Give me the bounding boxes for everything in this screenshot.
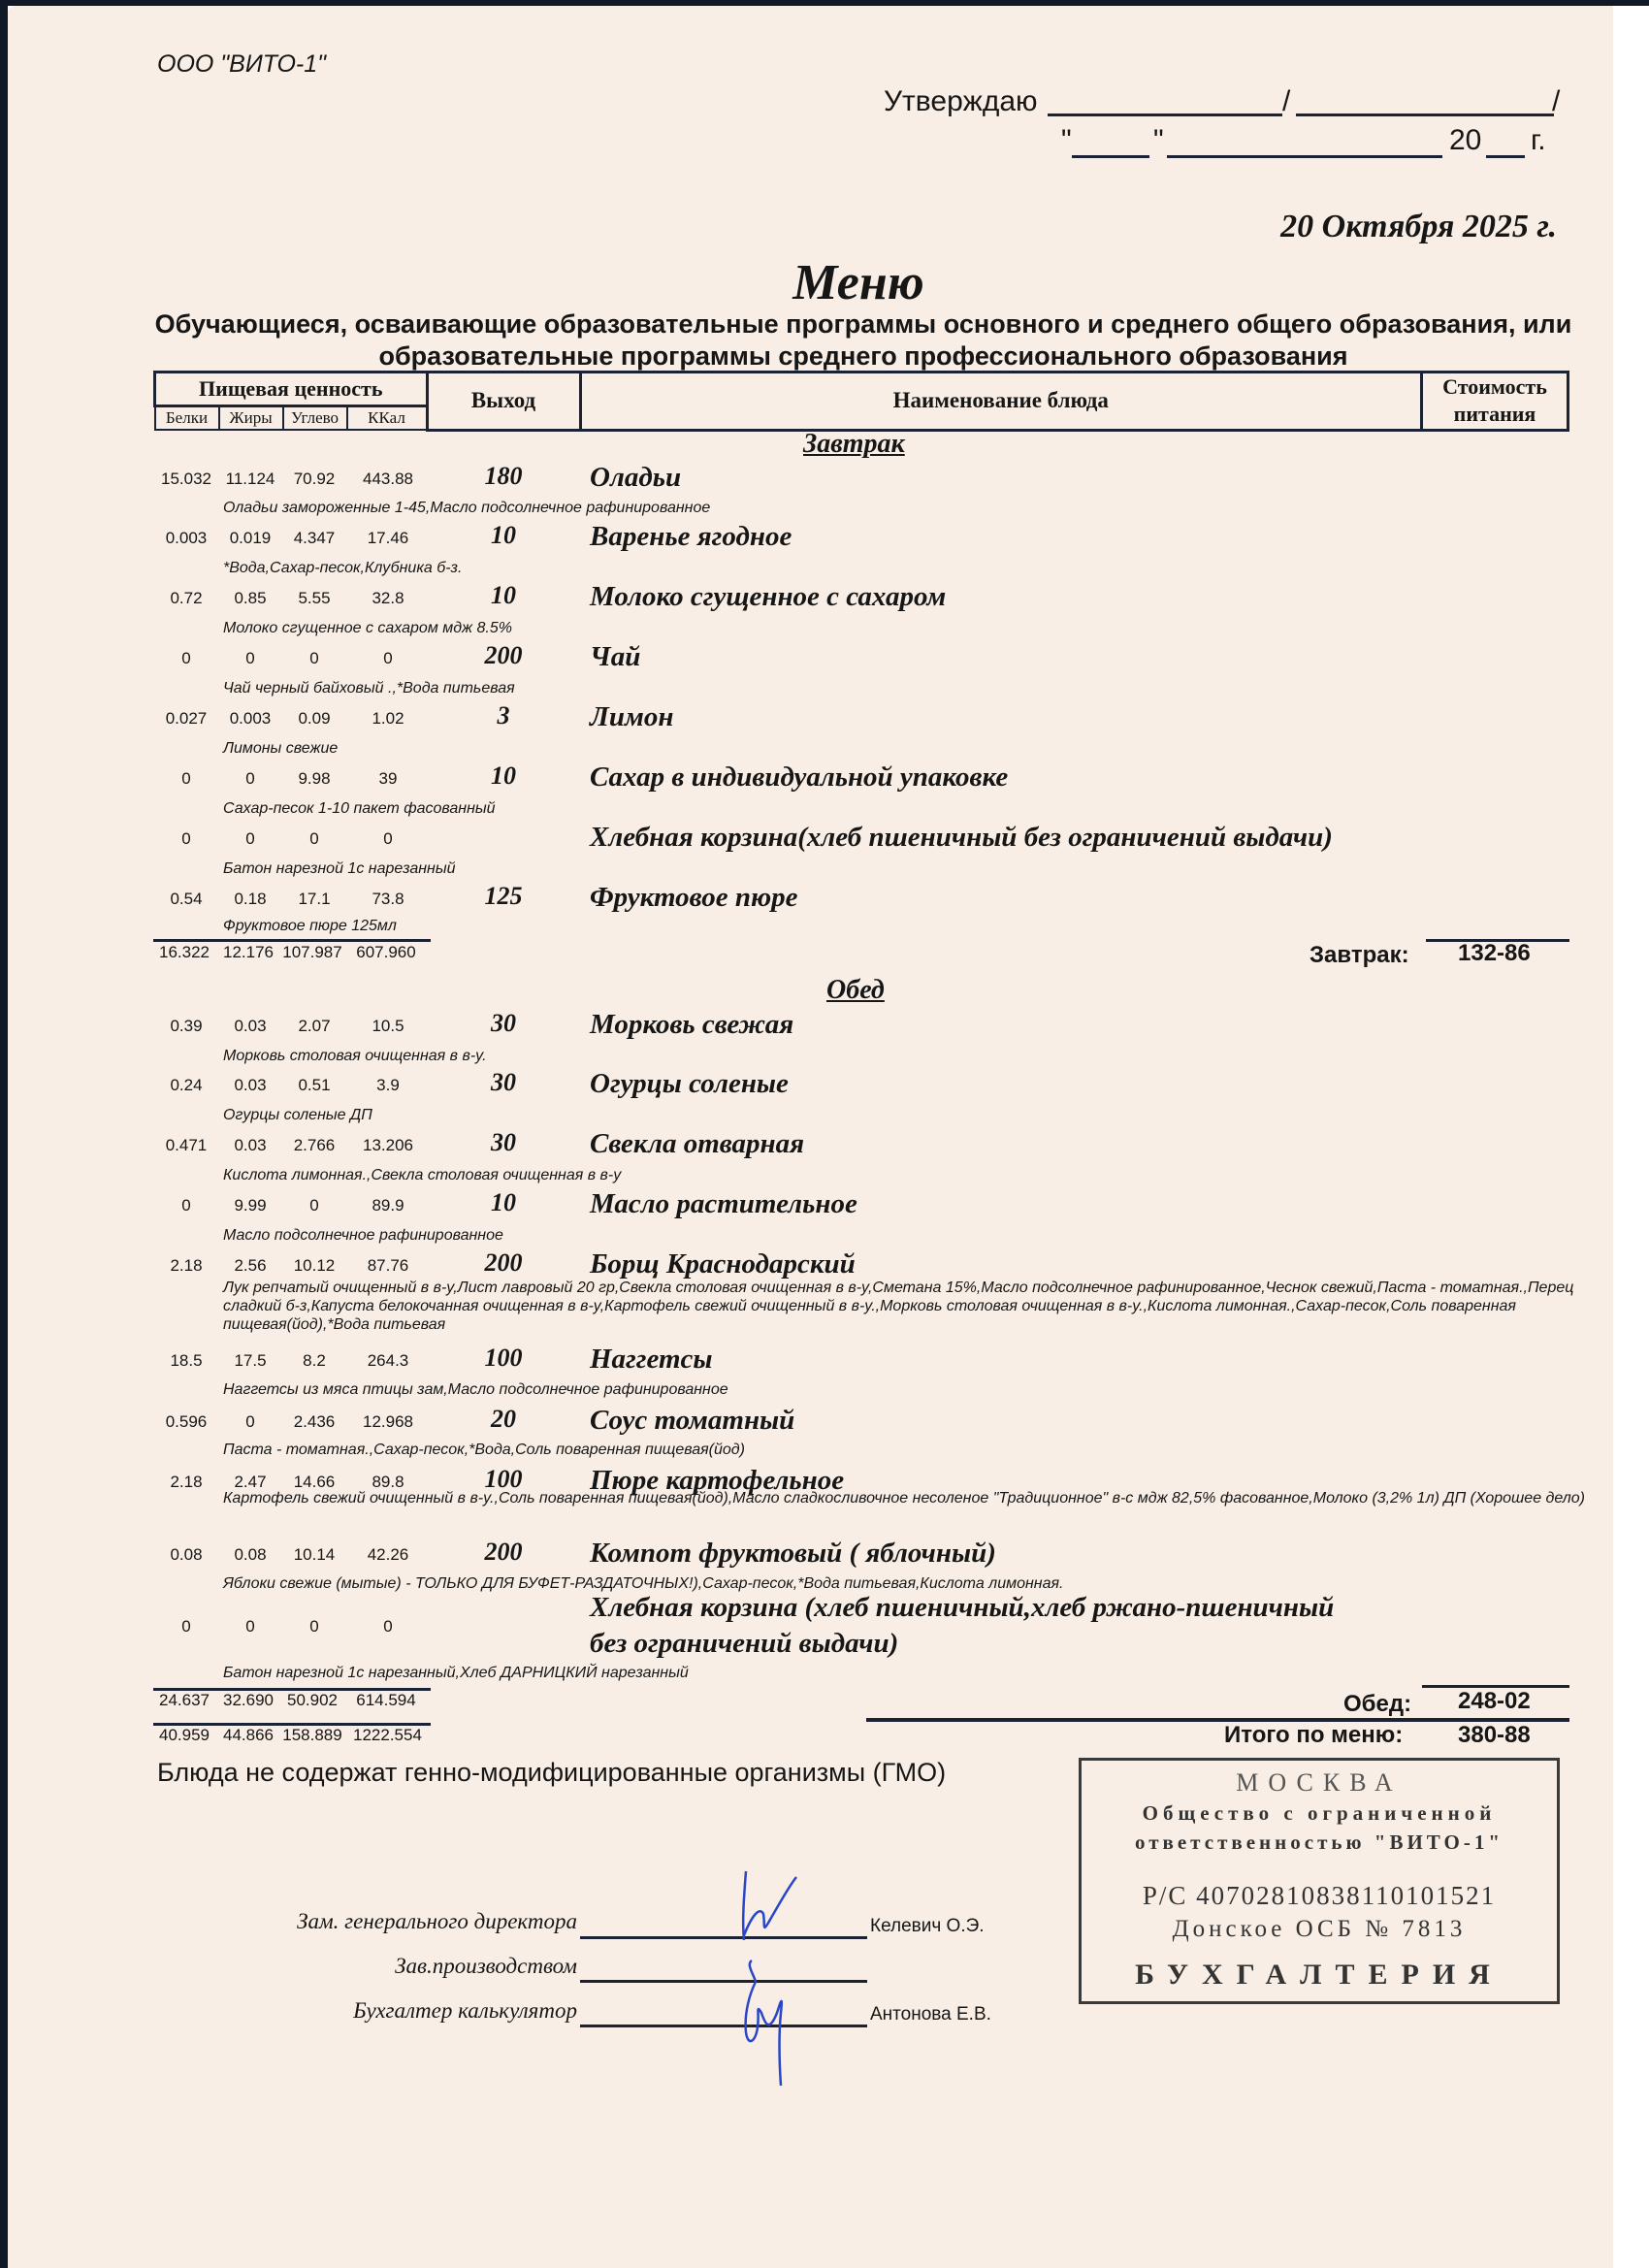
- stamp-bank: Донское ОСБ № 7813: [1082, 1916, 1557, 1943]
- dish-name: Свекла отварная: [590, 1128, 804, 1160]
- fat-value: 9.99: [217, 1196, 283, 1215]
- yield-value: 3: [460, 701, 547, 730]
- dish-name: Наггетсы: [590, 1344, 713, 1376]
- kcal-value: 0: [355, 1617, 421, 1636]
- carbs-value: 70.92: [281, 470, 347, 489]
- dish-name-header: Наименование блюда: [580, 373, 1422, 431]
- ingredients-text: Лук репчатый очищенный в в-у,Лист лавров…: [223, 1279, 1600, 1334]
- ingredients-text: Батон нарезной 1с нарезанный: [223, 860, 456, 878]
- dish-name: Сахар в индивидуальной упаковке: [590, 761, 1008, 794]
- dish-name: Варенье ягодное: [590, 521, 792, 553]
- dish-name: Соус томатный: [590, 1405, 794, 1437]
- total-fat: 32.690: [215, 1691, 281, 1710]
- carbs-value: 2.436: [281, 1412, 347, 1432]
- stamp-org-line2: ответственностью "ВИТО-1": [1082, 1831, 1557, 1855]
- menu-table-header: Пищевая ценность Выход Наименование блюд…: [153, 371, 1569, 432]
- approve-name-line: [1296, 113, 1554, 116]
- yield-value: 10: [460, 761, 547, 791]
- kcal-value: 73.8: [355, 890, 421, 909]
- signature-name-deputy-director: Келевич О.Э.: [870, 1916, 985, 1937]
- kcal-value: 42.26: [355, 1545, 421, 1565]
- signature-line: [580, 1980, 867, 1983]
- protein-value: 15.032: [153, 470, 219, 489]
- stamp-department: БУХГАЛТЕРИЯ: [1082, 1959, 1557, 1992]
- dish-name: Масло растительное: [590, 1188, 857, 1220]
- protein-value: 0: [153, 829, 219, 849]
- grand-total-value: 380-88: [1458, 1722, 1531, 1749]
- approve-label: Утверждаю: [884, 85, 1038, 118]
- section-lunch-title: Обед: [826, 975, 885, 1006]
- ingredients-text: Картофель свежий очищенный в в-у.,Соль п…: [223, 1489, 1600, 1507]
- dish-name: без ограничений выдачи): [590, 1628, 898, 1660]
- carbs-value: 2.07: [281, 1017, 347, 1036]
- carbs-value: 10.12: [281, 1256, 347, 1276]
- protein-value: 0.72: [153, 589, 219, 608]
- page-title: Меню: [0, 254, 1649, 311]
- total-protein: 40.959: [151, 1726, 217, 1745]
- approve-slash: /: [1282, 85, 1290, 118]
- yield-value: 20: [460, 1405, 547, 1434]
- yield-value: 10: [460, 521, 547, 550]
- kcal-value: 0: [355, 649, 421, 668]
- total-carbs: 50.902: [279, 1691, 345, 1710]
- ingredients-text: Паста - томатная.,Сахар-песок,*Вода,Соль…: [223, 1442, 745, 1459]
- handwritten-signature-icon: [732, 1867, 810, 1945]
- carbs-value: 0: [281, 649, 347, 668]
- carbs-value: 8.2: [281, 1351, 347, 1371]
- ingredients-text: Огурцы соленые ДП: [223, 1107, 372, 1124]
- dish-name: Лимон: [590, 701, 674, 733]
- yield-value: 125: [460, 882, 547, 911]
- carbs-value: 0.09: [281, 709, 347, 729]
- yield-value: 200: [460, 1248, 547, 1278]
- date-month-line: [1167, 155, 1442, 158]
- kcal-value: 0: [355, 829, 421, 849]
- dish-name: Молоко сгущенное с сахаром: [590, 581, 946, 613]
- breakfast-totals-line: [153, 939, 431, 942]
- scan-border-left: [0, 0, 8, 2268]
- yield-value: 180: [460, 462, 547, 491]
- fat-value: 0.85: [217, 589, 283, 608]
- protein-header: Белки: [155, 406, 219, 431]
- section-breakfast-title: Завтрак: [803, 429, 905, 460]
- total-carbs: 158.889: [279, 1726, 345, 1745]
- kcal-value: 10.5: [355, 1017, 421, 1036]
- carbs-value: 0: [281, 1196, 347, 1215]
- protein-value: 0.39: [153, 1017, 219, 1036]
- protein-value: 0.596: [153, 1412, 219, 1432]
- signature-role-production-manager: Зав.производством: [170, 1954, 577, 1979]
- kcal-value: 443.88: [355, 470, 421, 489]
- cost-header: Стоимость питания: [1422, 373, 1568, 431]
- protein-value: 2.18: [153, 1256, 219, 1276]
- protein-value: 0.24: [153, 1076, 219, 1095]
- fat-value: 17.5: [217, 1351, 283, 1371]
- yield-value: 200: [460, 1538, 547, 1567]
- lunch-cost-value: 248-02: [1458, 1688, 1531, 1715]
- date-year-prefix: 20: [1449, 124, 1481, 157]
- carbs-header: Углево: [283, 406, 347, 431]
- organization-name: ООО "ВИТО-1": [157, 50, 326, 79]
- fat-header: Жиры: [219, 406, 283, 431]
- fat-value: 11.124: [217, 470, 283, 489]
- signature-role-accountant: Бухгалтер калькулятор: [170, 1998, 577, 2024]
- kcal-header: ККал: [347, 406, 428, 431]
- carbs-value: 17.1: [281, 890, 347, 909]
- kcal-value: 32.8: [355, 589, 421, 608]
- breakfast-cost-value: 132-86: [1458, 940, 1531, 967]
- protein-value: 2.18: [153, 1473, 219, 1492]
- ingredients-text: Кислота лимонная.,Свекла столовая очищен…: [223, 1167, 621, 1184]
- total-fat: 12.176: [215, 943, 281, 962]
- ingredients-text: Сахар-песок 1-10 пакет фасованный: [223, 800, 496, 818]
- protein-value: 0.471: [153, 1136, 219, 1155]
- kcal-value: 87.76: [355, 1256, 421, 1276]
- approve-slash: /: [1552, 85, 1560, 118]
- yield-value: 100: [460, 1344, 547, 1373]
- accounting-stamp: МОСКВА Общество с ограниченной ответстве…: [1079, 1758, 1560, 2004]
- protein-value: 0.003: [153, 529, 219, 548]
- protein-value: 18.5: [153, 1351, 219, 1371]
- yield-value: 200: [460, 641, 547, 670]
- fat-value: 0: [217, 1412, 283, 1432]
- signature-name-accountant: Антонова Е.В.: [870, 2004, 991, 2025]
- stamp-divider: [1082, 1869, 1557, 1872]
- yield-value: 30: [460, 1128, 547, 1157]
- protein-value: 0: [153, 769, 219, 789]
- carbs-value: 0.51: [281, 1076, 347, 1095]
- gmo-note: Блюда не содержат генно-модифицированные…: [157, 1758, 946, 1788]
- dish-name: Хлебная корзина(хлеб пшеничный без огран…: [590, 822, 1333, 854]
- yield-value: 30: [460, 1068, 547, 1097]
- kcal-value: 264.3: [355, 1351, 421, 1371]
- dish-name: Борщ Краснодарский: [590, 1248, 856, 1280]
- protein-value: 0: [153, 1196, 219, 1215]
- total-protein: 24.637: [151, 1691, 217, 1710]
- date-year-line: [1486, 155, 1525, 158]
- fat-value: 0: [217, 829, 283, 849]
- stamp-account: Р/С 40702810838110101521: [1082, 1881, 1557, 1911]
- kcal-value: 89.9: [355, 1196, 421, 1215]
- yield-value: 30: [460, 1009, 547, 1038]
- kcal-value: 1.02: [355, 709, 421, 729]
- breakfast-cost-label: Завтрак:: [1309, 942, 1409, 969]
- ingredients-text: *Вода,Сахар-песок,Клубника б-з.: [223, 560, 462, 577]
- fat-value: 0: [217, 649, 283, 668]
- yield-value: 10: [460, 581, 547, 610]
- ingredients-text: Оладьи замороженные 1-45,Масло подсолнеч…: [223, 500, 710, 517]
- fat-value: 0.019: [217, 529, 283, 548]
- lunch-cost-label: Обед:: [1343, 1691, 1411, 1718]
- protein-value: 0.027: [153, 709, 219, 729]
- fat-value: 0: [217, 769, 283, 789]
- ingredients-text: Масло подсолнечное рафинированное: [223, 1227, 503, 1245]
- total-fat: 44.866: [215, 1726, 281, 1745]
- carbs-value: 0: [281, 1617, 347, 1636]
- kcal-value: 3.9: [355, 1076, 421, 1095]
- kcal-value: 39: [355, 769, 421, 789]
- date-quote: ": [1061, 124, 1072, 157]
- ingredients-text: Морковь столовая очищенная в в-у.: [223, 1048, 487, 1065]
- nutrition-header: Пищевая ценность: [155, 373, 428, 406]
- ingredients-text: Яблоки свежие (мытые) - ТОЛЬКО ДЛЯ БУФЕТ…: [223, 1575, 1063, 1593]
- protein-value: 0.54: [153, 890, 219, 909]
- ingredients-text: Чай черный байховый .,*Вода питьевая: [223, 680, 515, 697]
- protein-value: 0: [153, 649, 219, 668]
- fat-value: 0.03: [217, 1076, 283, 1095]
- signature-line: [580, 2025, 867, 2027]
- fat-value: 0: [217, 1617, 283, 1636]
- fat-value: 0.08: [217, 1545, 283, 1565]
- total-kcal: 1222.554: [353, 1726, 419, 1745]
- carbs-value: 0: [281, 829, 347, 849]
- kcal-value: 17.46: [355, 529, 421, 548]
- fat-value: 0.03: [217, 1017, 283, 1036]
- carbs-value: 4.347: [281, 529, 347, 548]
- signature-role-deputy-director: Зам. генерального директора: [170, 1909, 577, 1934]
- handwritten-signature-icon: [732, 1955, 810, 2090]
- protein-value: 0: [153, 1617, 219, 1636]
- stamp-org-line1: Общество с ограниченной: [1082, 1801, 1557, 1826]
- yield-value: 10: [460, 1188, 547, 1217]
- dish-name: Чай: [590, 641, 640, 673]
- approve-signature-line: [1048, 113, 1282, 116]
- grand-total-label: Итого по меню:: [1224, 1722, 1403, 1749]
- dish-name: Компот фруктовый ( яблочный): [590, 1538, 996, 1570]
- carbs-value: 10.14: [281, 1545, 347, 1565]
- ingredients-text: Лимоны свежие: [223, 740, 338, 758]
- total-carbs: 107.987: [279, 943, 345, 962]
- carbs-value: 5.55: [281, 589, 347, 608]
- ingredients-text: Наггетсы из мяса птицы зам,Масло подсолн…: [223, 1381, 728, 1399]
- fat-value: 0.18: [217, 890, 283, 909]
- ingredients-text: Фруктовое пюре 125мл: [223, 918, 397, 935]
- total-protein: 16.322: [151, 943, 217, 962]
- kcal-value: 12.968: [355, 1412, 421, 1432]
- ingredients-text: Молоко сгущенное с сахаром мдж 8.5%: [223, 620, 512, 637]
- menu-date: 20 Октября 2025 г.: [1280, 209, 1557, 245]
- dish-name: Морковь свежая: [590, 1009, 793, 1041]
- dish-name: Фруктовое пюре: [590, 882, 798, 914]
- dish-name: Хлебная корзина (хлеб пшеничный,хлеб ржа…: [590, 1592, 1334, 1624]
- protein-value: 0.08: [153, 1545, 219, 1565]
- signature-line: [580, 1936, 867, 1939]
- yield-header: Выход: [427, 373, 580, 431]
- fat-value: 2.56: [217, 1256, 283, 1276]
- carbs-value: 2.766: [281, 1136, 347, 1155]
- date-day-line: [1072, 155, 1149, 158]
- dish-name: Огурцы соленые: [590, 1068, 789, 1100]
- date-year-suffix: г.: [1531, 124, 1546, 157]
- carbs-value: 9.98: [281, 769, 347, 789]
- stamp-city: МОСКВА: [1082, 1768, 1557, 1798]
- page-subtitle: Обучающиеся, осваивающие образовательные…: [136, 308, 1591, 373]
- fat-value: 0.03: [217, 1136, 283, 1155]
- kcal-value: 13.206: [355, 1136, 421, 1155]
- dish-name: Оладьи: [590, 462, 681, 494]
- total-kcal: 607.960: [353, 943, 419, 962]
- date-quote: ": [1153, 124, 1164, 157]
- ingredients-text: Батон нарезной 1с нарезанный,Хлеб ДАРНИЦ…: [223, 1665, 689, 1682]
- fat-value: 0.003: [217, 709, 283, 729]
- total-kcal: 614.594: [353, 1691, 419, 1710]
